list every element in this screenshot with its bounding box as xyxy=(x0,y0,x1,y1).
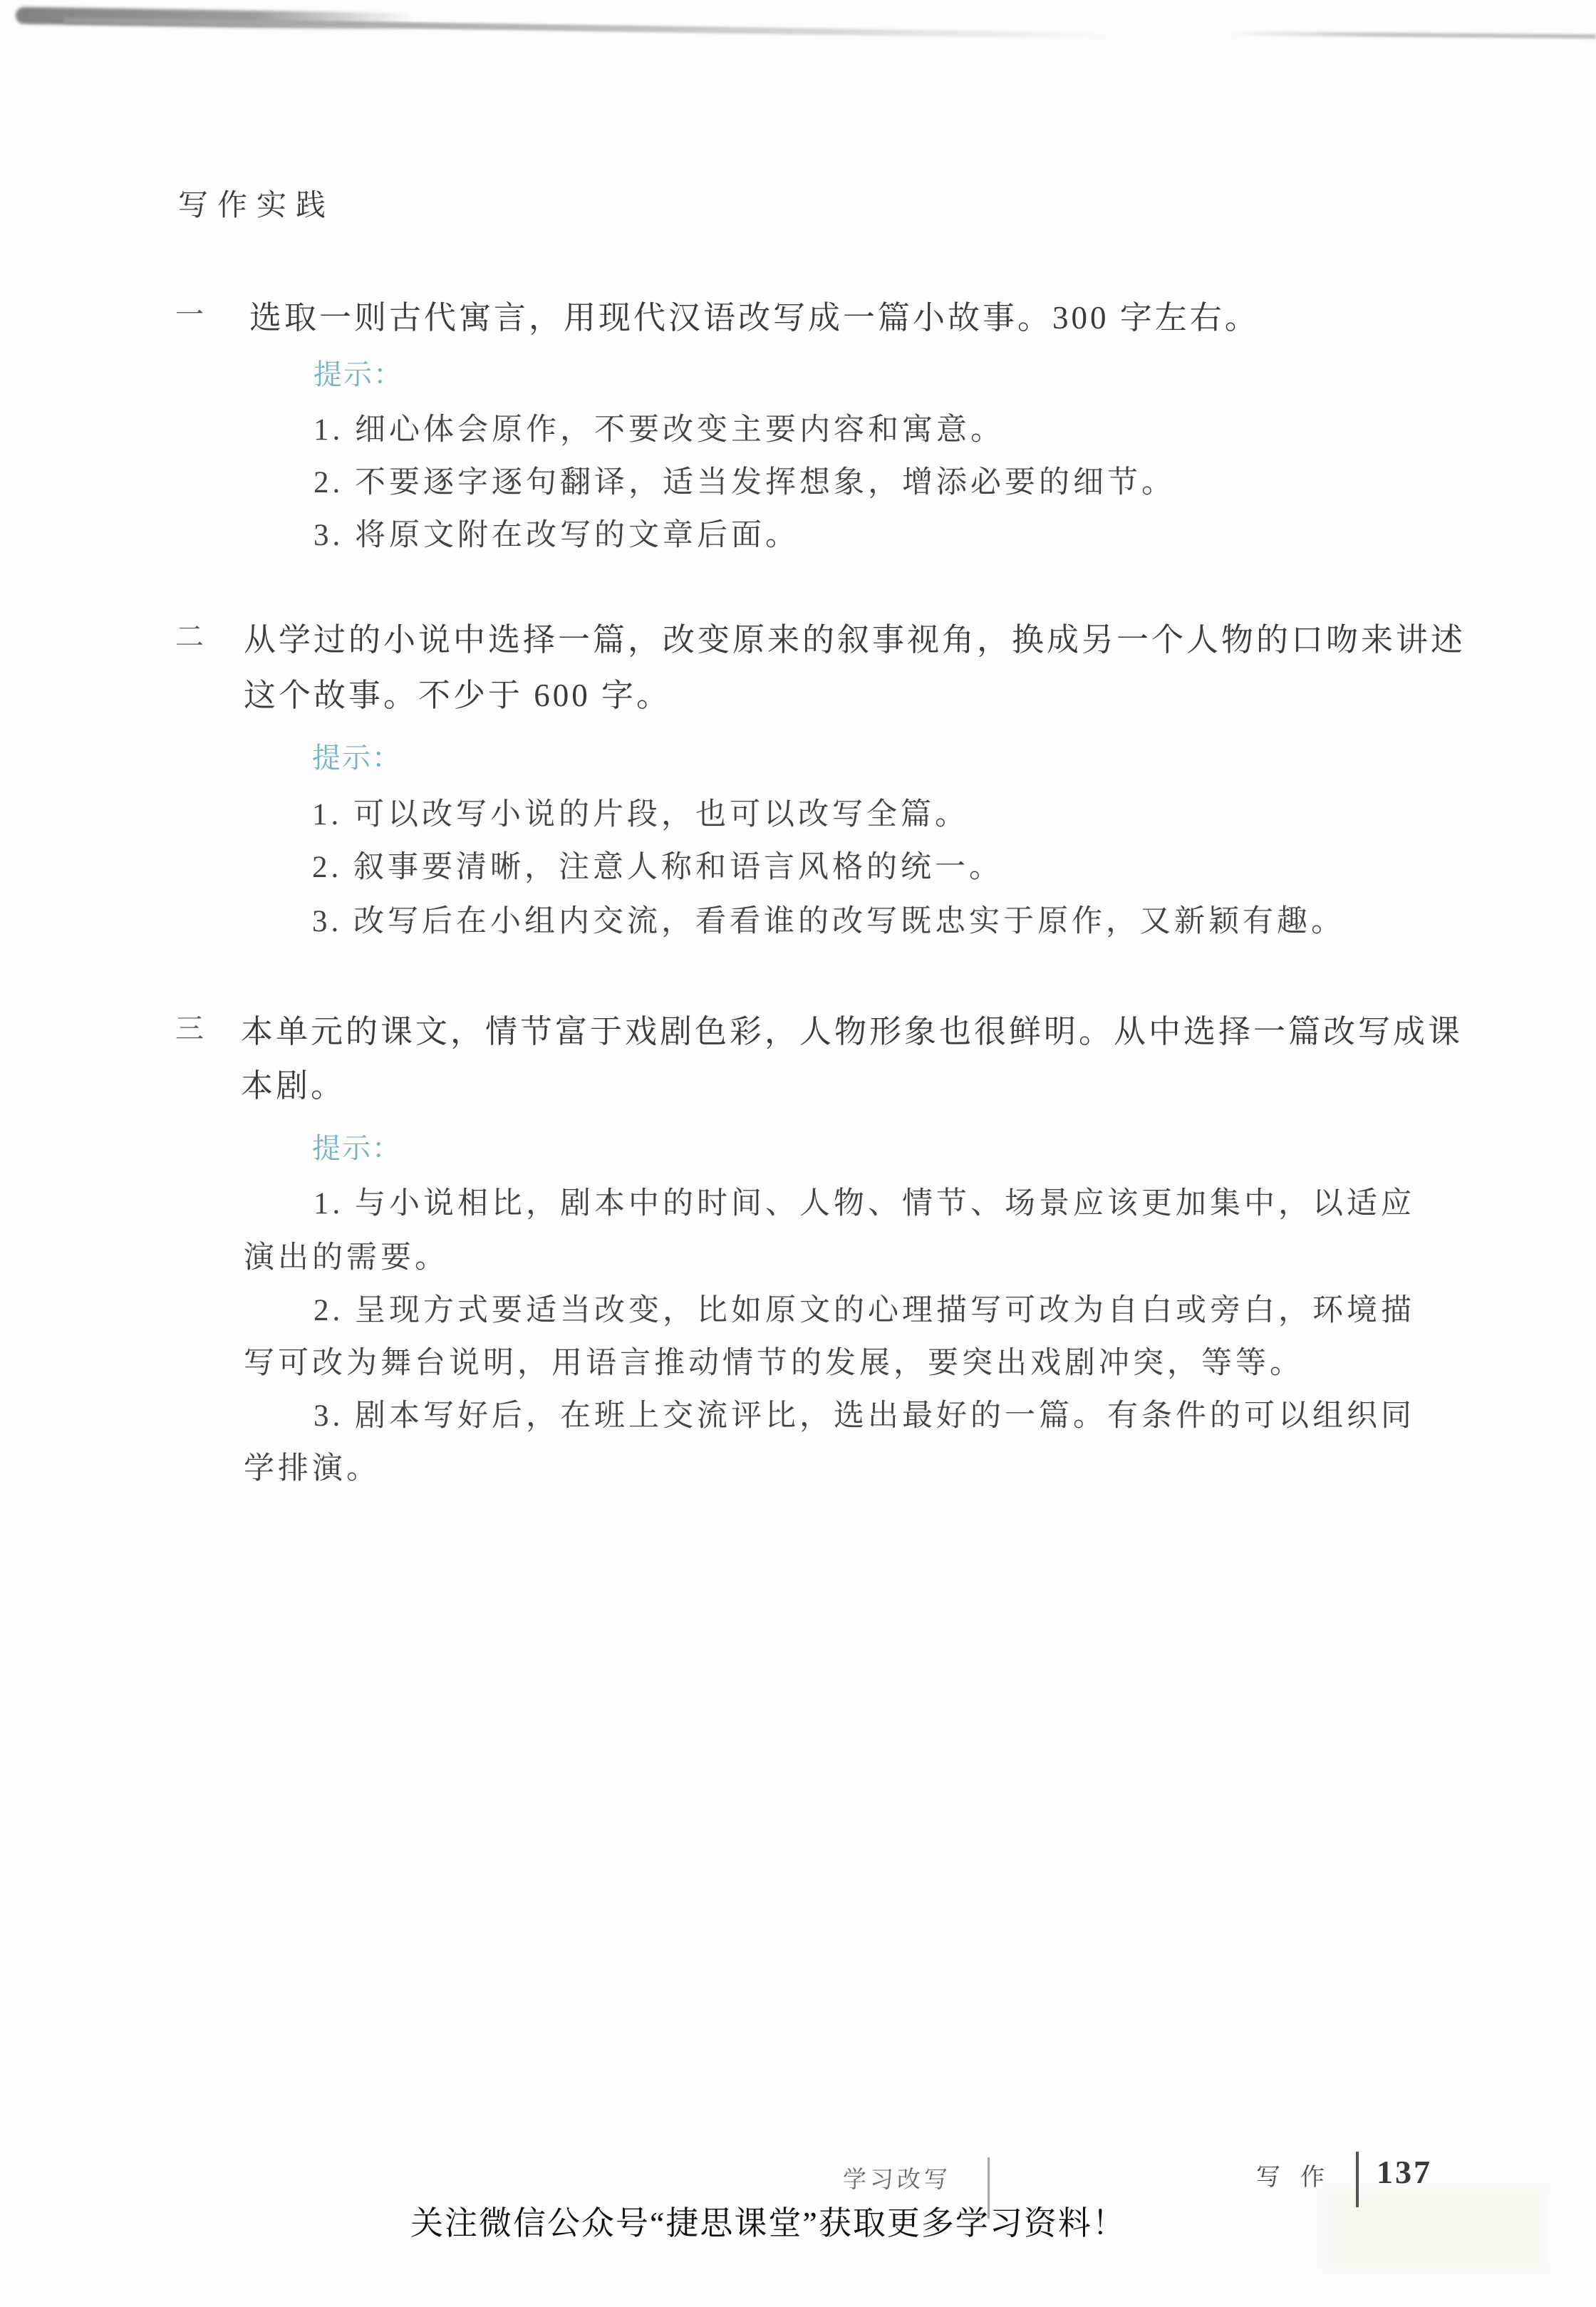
section-3-hint-item-wrap: 写可改为舞台说明，用语言推动情节的发展，要突出戏剧冲突，等等。 xyxy=(244,1348,1304,1379)
section-3-hint-item: 1. 与小说相比，剧本中的时间、人物、情节、场景应该更加集中，以适应 xyxy=(313,1188,1415,1219)
footer-lesson-title: 学习改写 xyxy=(843,2169,951,2192)
footer-divider xyxy=(1356,2152,1359,2207)
section-3-hint-item: 2. 呈现方式要适当改变，比如原文的心理描写可改为自白或旁白，环境描 xyxy=(313,1295,1415,1326)
section-2-hint-item: 1. 可以改写小说的片段，也可以改写全篇。 xyxy=(312,799,969,830)
section-1-hint-item: 3. 将原文附在改写的文章后面。 xyxy=(313,520,799,551)
section-3-body-line: 本单元的课文，情节富于戏剧色彩，人物形象也很鲜明。从中选择一篇改写成课 xyxy=(241,1016,1463,1048)
section-3-hint-label: 提示： xyxy=(312,1134,402,1163)
section-3-hint-item-wrap: 学排演。 xyxy=(244,1453,380,1484)
section-2-hint-item: 3. 改写后在小组内交流，看看谁的改写既忠实于原作，又新颖有趣。 xyxy=(312,906,1345,937)
watermark-text: 关注微信公众号“捷思课堂”获取更多学习资料！ xyxy=(410,2207,1126,2240)
footer-section-label: 写作 xyxy=(1256,2166,1344,2190)
section-3-hint-item-wrap: 演出的需要。 xyxy=(244,1243,449,1273)
section-3-number: 三 xyxy=(175,1015,204,1043)
page-title: 写作实践 xyxy=(178,191,335,221)
section-1-hint-label: 提示： xyxy=(313,361,403,389)
section-2-hint-item: 2. 叙事要清晰，注意人称和语言风格的统一。 xyxy=(312,852,1003,883)
scan-artifact-top-line xyxy=(64,17,1111,39)
section-1-hint-item: 1. 细心体会原作，不要改变主要内容和寓意。 xyxy=(313,415,1005,445)
section-1-number: 一 xyxy=(175,301,204,329)
textbook-page: 写作实践 一 选取一则古代寓言，用现代汉语改写成一篇小故事。300 字左右。 提… xyxy=(0,0,1596,2307)
section-1-hint-item: 2. 不要逐字逐句翻译，适当发挥想象，增添必要的细节。 xyxy=(313,467,1176,498)
section-3-hint-item: 3. 剧本写好后，在班上交流评比，选出最好的一篇。有条件的可以组织同 xyxy=(313,1401,1415,1431)
section-2-number: 二 xyxy=(175,623,204,651)
section-3-body-line: 本剧。 xyxy=(241,1070,346,1102)
section-2-hint-label: 提示： xyxy=(312,744,402,772)
section-2-body-line: 从学过的小说中选择一篇，改变原来的叙事视角，换成另一个人物的口吻来讲述 xyxy=(244,624,1466,656)
scan-artifact-top-right-line xyxy=(1225,31,1596,39)
section-1-body-line: 选取一则古代寓言，用现代汉语改写成一篇小故事。300 字左右。 xyxy=(249,302,1260,334)
section-2-body-line: 这个故事。不少于 600 字。 xyxy=(244,680,671,712)
footer-page-number: 137 xyxy=(1377,2156,1432,2189)
